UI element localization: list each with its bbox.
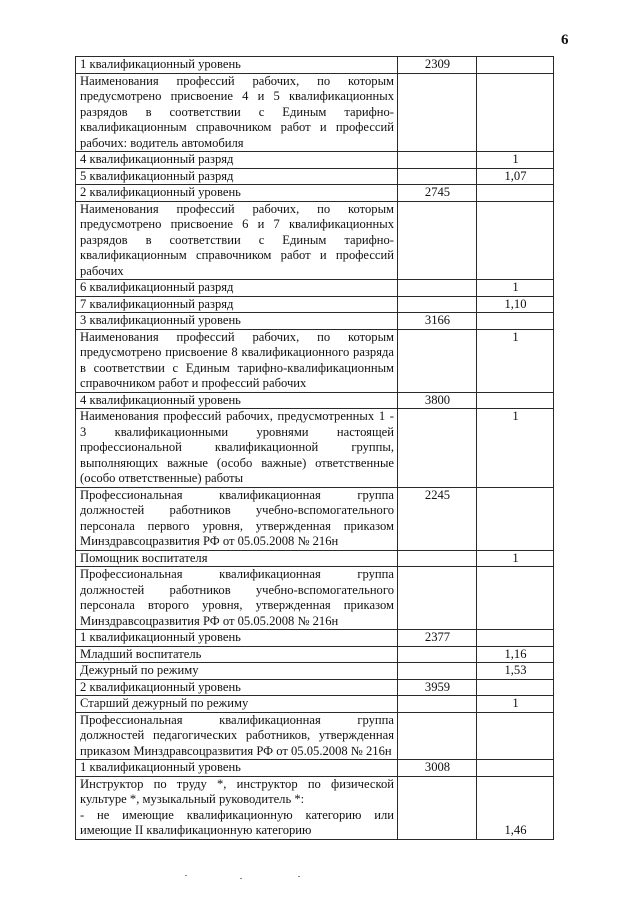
row-name: 2 квалификационный уровень — [76, 185, 398, 202]
row-salary — [398, 329, 477, 392]
scan-artifacts — [0, 860, 640, 870]
row-salary — [398, 550, 477, 567]
table-row: Младший воспитатель 1,16 — [76, 646, 554, 663]
row-coefficient — [477, 630, 554, 647]
row-coefficient: 1,46 — [477, 776, 554, 839]
row-name: Младший воспитатель — [76, 646, 398, 663]
table-row: 1 квалификационный уровень 2309 — [76, 57, 554, 74]
row-name: Инструктор по труду *, инструктор по физ… — [76, 776, 398, 839]
row-name: Наименования профессий рабочих, по котор… — [76, 329, 398, 392]
row-name: Наименования профессий рабочих, по котор… — [76, 73, 398, 152]
row-salary — [398, 696, 477, 713]
row-salary — [398, 73, 477, 152]
row-salary — [398, 663, 477, 680]
row-coefficient — [477, 712, 554, 760]
table-row: Наименования профессий рабочих, по котор… — [76, 73, 554, 152]
row-salary: 3008 — [398, 760, 477, 777]
row-coefficient — [477, 201, 554, 280]
row-salary: 2745 — [398, 185, 477, 202]
row-salary — [398, 776, 477, 839]
row-salary — [398, 712, 477, 760]
row-salary — [398, 646, 477, 663]
row-coefficient — [477, 760, 554, 777]
table-row: 4 квалификационный уровень 3800 — [76, 392, 554, 409]
table-row: Профессиональная квалификационная группа… — [76, 712, 554, 760]
row-coefficient: 1 — [477, 329, 554, 392]
row-name: 1 квалификационный уровень — [76, 760, 398, 777]
row-salary: 3800 — [398, 392, 477, 409]
table-row: Профессиональная квалификационная группа… — [76, 567, 554, 630]
row-name: Профессиональная квалификационная группа… — [76, 567, 398, 630]
row-coefficient: 1 — [477, 696, 554, 713]
row-coefficient: 1,07 — [477, 168, 554, 185]
row-salary: 2309 — [398, 57, 477, 74]
table-row: Наименования профессий рабочих, по котор… — [76, 329, 554, 392]
table-row: 4 квалификационный разряд 1 — [76, 152, 554, 169]
row-coefficient — [477, 185, 554, 202]
row-coefficient: 1,16 — [477, 646, 554, 663]
row-salary: 2377 — [398, 630, 477, 647]
row-coefficient: 1,10 — [477, 296, 554, 313]
table-row: 3 квалификационный уровень 3166 — [76, 313, 554, 330]
row-coefficient: 1 — [477, 280, 554, 297]
row-salary — [398, 280, 477, 297]
table-row: Профессиональная квалификационная группа… — [76, 487, 554, 550]
table-row: 2 квалификационный уровень 2745 — [76, 185, 554, 202]
row-coefficient — [477, 73, 554, 152]
table-row: Инструктор по труду *, инструктор по физ… — [76, 776, 554, 839]
table-row: 7 квалификационный разряд 1,10 — [76, 296, 554, 313]
scan-dot — [298, 876, 300, 877]
row-name: 5 квалификационный разряд — [76, 168, 398, 185]
row-name: 6 квалификационный разряд — [76, 280, 398, 297]
row-salary — [398, 168, 477, 185]
row-coefficient: 1 — [477, 409, 554, 488]
row-coefficient: 1,53 — [477, 663, 554, 680]
row-name: 7 квалификационный разряд — [76, 296, 398, 313]
table-row: Помощник воспитателя 1 — [76, 550, 554, 567]
table-row: Старший дежурный по режиму 1 — [76, 696, 554, 713]
table-row: 5 квалификационный разряд 1,07 — [76, 168, 554, 185]
row-name: 2 квалификационный уровень — [76, 679, 398, 696]
row-coefficient — [477, 57, 554, 74]
row-name-line-1: Инструктор по труду *, инструктор по физ… — [80, 777, 394, 808]
row-name: Старший дежурный по режиму — [76, 696, 398, 713]
row-name: Дежурный по режиму — [76, 663, 398, 680]
row-name-line-2: - не имеющие квалификационную категорию … — [80, 808, 394, 839]
table-row: 6 квалификационный разряд 1 — [76, 280, 554, 297]
table-row: 1 квалификационный уровень 2377 — [76, 630, 554, 647]
row-name: 4 квалификационный разряд — [76, 152, 398, 169]
row-name: Помощник воспитателя — [76, 550, 398, 567]
row-name: Наименования профессий рабочих, предусмо… — [76, 409, 398, 488]
row-coefficient: 1 — [477, 550, 554, 567]
table-row: 1 квалификационный уровень 3008 — [76, 760, 554, 777]
row-salary — [398, 152, 477, 169]
row-salary — [398, 567, 477, 630]
scan-dot — [240, 878, 242, 879]
table-row: Дежурный по режиму 1,53 — [76, 663, 554, 680]
row-name: Профессиональная квалификационная группа… — [76, 712, 398, 760]
row-name: Профессиональная квалификационная группа… — [76, 487, 398, 550]
row-salary — [398, 296, 477, 313]
row-salary: 3959 — [398, 679, 477, 696]
table-row: 2 квалификационный уровень 3959 — [76, 679, 554, 696]
row-coefficient — [477, 567, 554, 630]
row-salary: 3166 — [398, 313, 477, 330]
row-name: 3 квалификационный уровень — [76, 313, 398, 330]
table-row: Наименования профессий рабочих, по котор… — [76, 201, 554, 280]
row-name: Наименования профессий рабочих, по котор… — [76, 201, 398, 280]
page-number: 6 — [561, 32, 569, 49]
table-row: Наименования профессий рабочих, предусмо… — [76, 409, 554, 488]
row-name: 4 квалификационный уровень — [76, 392, 398, 409]
row-name: 1 квалификационный уровень — [76, 630, 398, 647]
row-coefficient — [477, 392, 554, 409]
scan-dot — [185, 875, 187, 876]
row-name: 1 квалификационный уровень — [76, 57, 398, 74]
row-coefficient — [477, 313, 554, 330]
row-salary — [398, 201, 477, 280]
row-salary — [398, 409, 477, 488]
row-coefficient — [477, 487, 554, 550]
row-coefficient — [477, 679, 554, 696]
row-coefficient: 1 — [477, 152, 554, 169]
qualification-salary-table: 1 квалификационный уровень 2309 Наименов… — [75, 56, 554, 840]
row-salary: 2245 — [398, 487, 477, 550]
